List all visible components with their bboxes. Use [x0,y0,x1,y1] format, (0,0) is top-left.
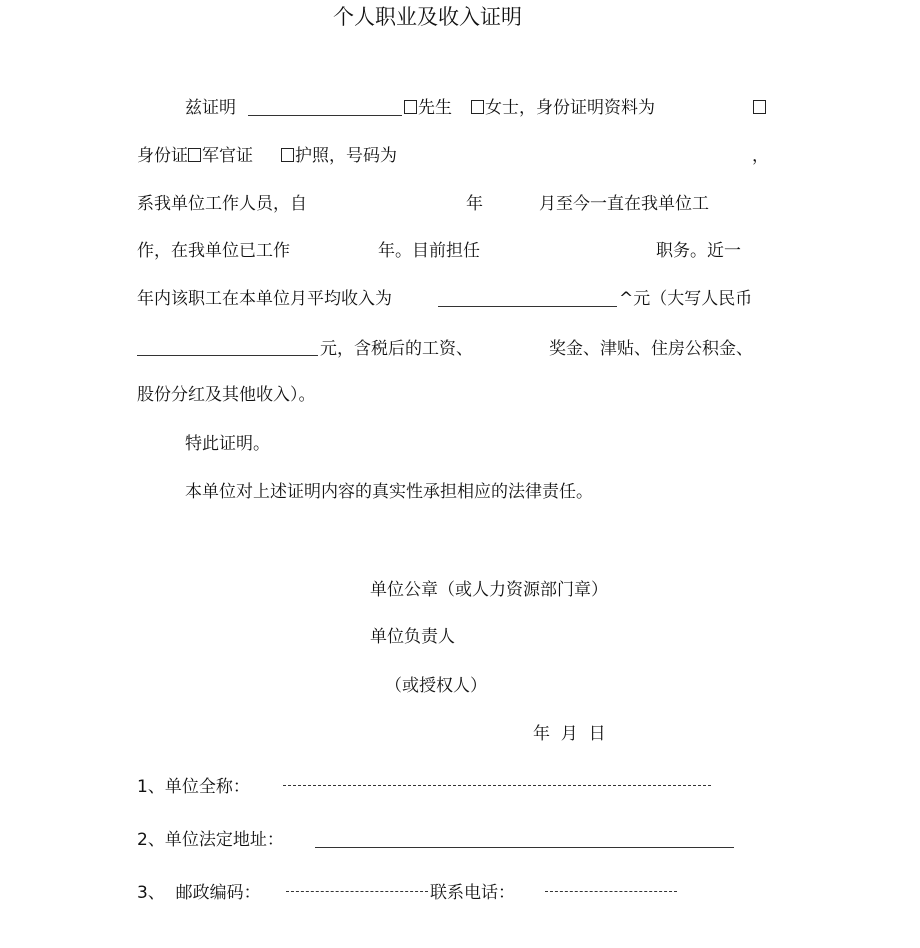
duty-text: 职务。近一 [656,241,741,261]
phone-field[interactable] [545,891,677,892]
id-card-checkbox[interactable] [753,100,766,114]
signer-label: 单位负责人 [370,627,455,647]
military-checkbox[interactable] [188,148,201,162]
position-text: 年。目前担任 [378,241,480,261]
mr-label: 先生 [418,98,452,118]
income-text: 年内该职工在本单位月平均收入为 [137,289,392,309]
tax-text: 元，含税后的工资、 [320,339,473,359]
yuan-text: ^元（大写人民币 [619,289,752,309]
employment-text: 系我单位工作人员，自 [137,194,307,214]
postcode-field[interactable] [286,891,428,892]
passport-label: 护照，号码为 [295,146,397,166]
company-name-field[interactable] [283,785,711,786]
seal-label: 单位公章（或人力资源部门章） [370,580,608,600]
ms-checkbox[interactable] [471,100,484,114]
passport-checkbox[interactable] [281,148,294,162]
comma: ， [752,146,769,166]
income-uppercase-blank[interactable] [137,355,318,356]
ms-label: 女士，身份证明资料为 [485,98,655,118]
authorized-label: （或授权人） [385,676,487,696]
id-card-label: 身份证 [137,146,188,166]
phone-label: 联系电话： [430,883,515,903]
date-label: 年 月 日 [533,724,606,744]
bonus-text: 奖金、津贴、住房公积金、 [549,339,753,359]
military-label: 军官证 [202,146,253,166]
month-text: 月至今一直在我单位工 [539,194,709,214]
company-name-label: 1、单位全称： [137,777,250,797]
address-label: 2、单位法定地址： [137,830,284,850]
address-field[interactable] [315,847,734,848]
document-title: 个人职业及收入证明 [333,4,522,30]
year-label: 年 [466,194,483,214]
certify-text: 特此证明。 [185,434,270,454]
postcode-label: 3、 邮政编码： [137,883,261,903]
mr-checkbox[interactable] [404,100,417,114]
name-blank[interactable] [248,115,402,116]
income-blank[interactable] [438,306,617,307]
intro-text: 兹证明 [185,98,236,118]
dividend-text: 股份分红及其他收入）。 [137,385,316,405]
tenure-text: 作，在我单位已工作 [137,241,290,261]
liability-text: 本单位对上述证明内容的真实性承担相应的法律责任。 [185,482,593,502]
